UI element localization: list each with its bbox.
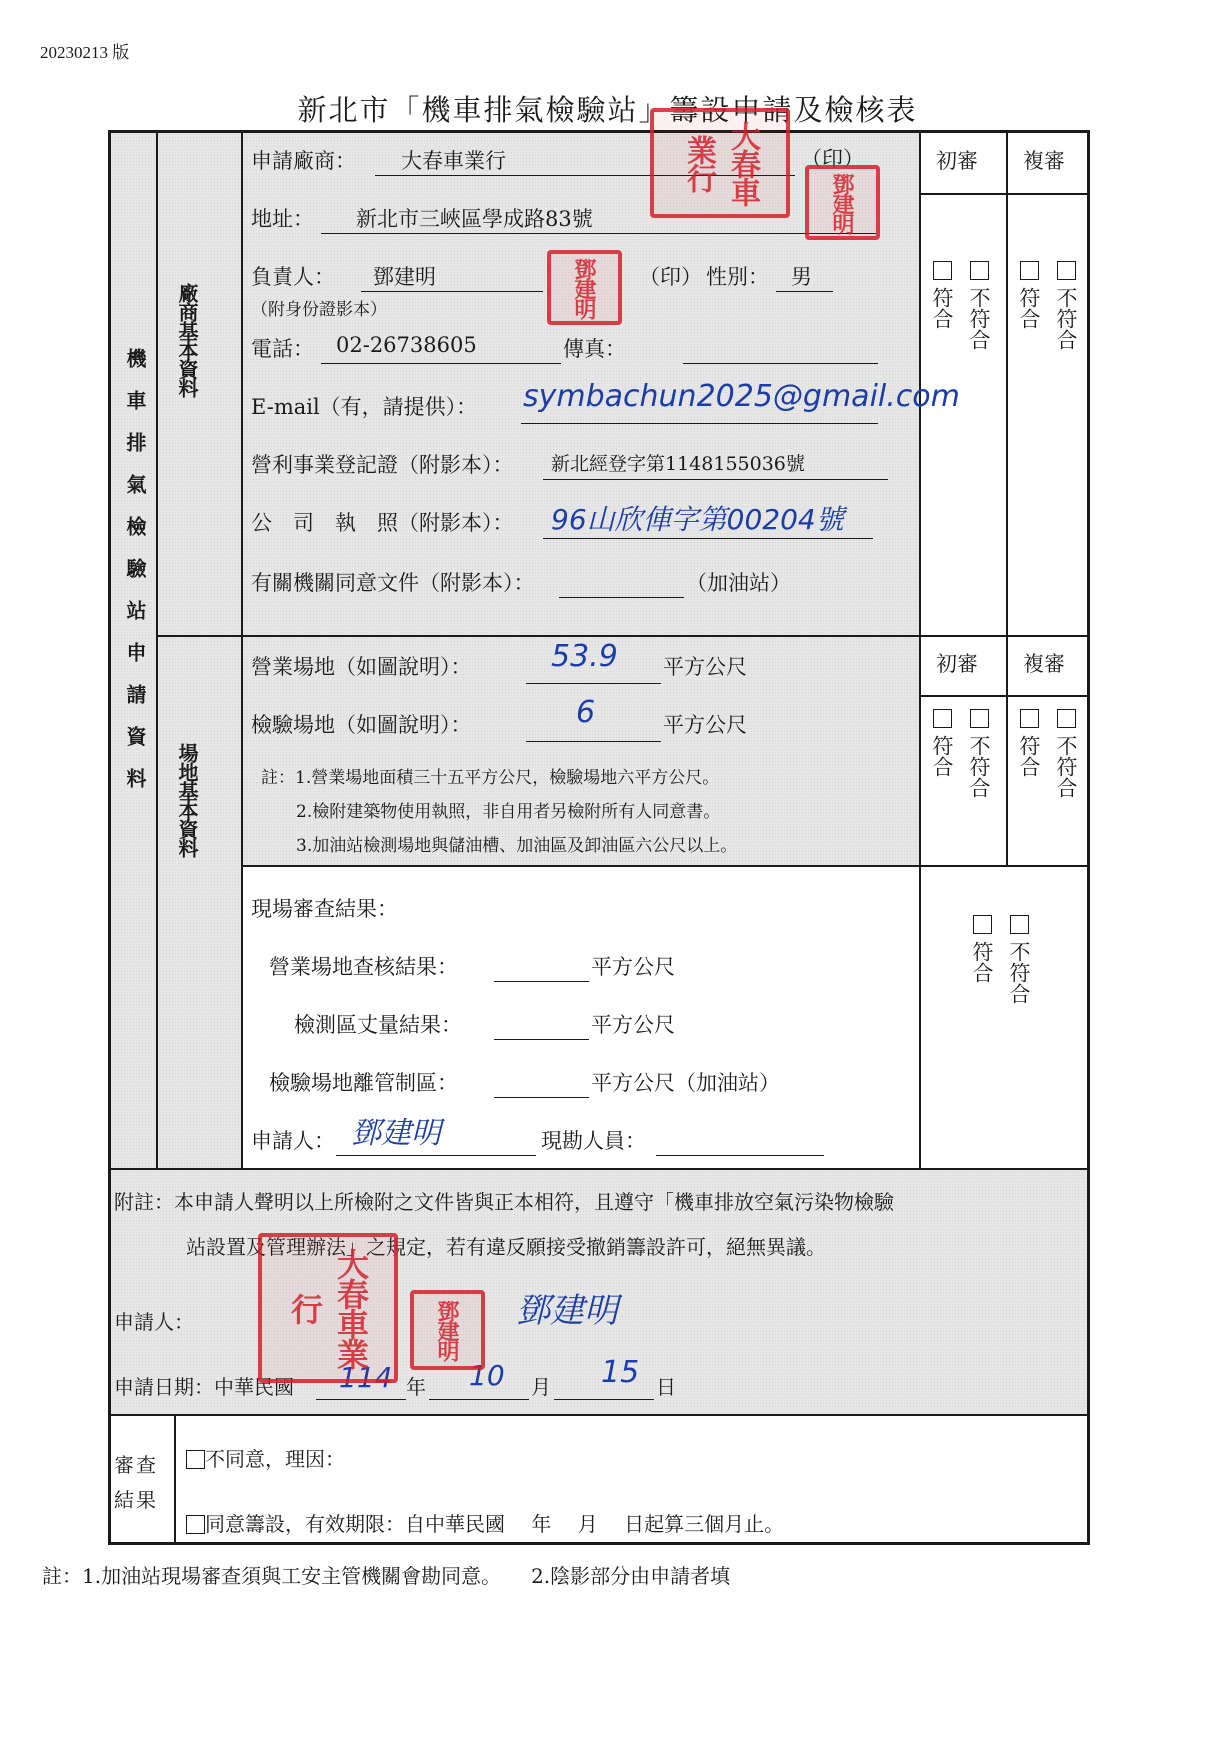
business-reg-value: 新北經登字第1148155036號 bbox=[551, 449, 805, 476]
onsite-business-field[interactable] bbox=[494, 981, 589, 982]
onsite-applicant-signature: 鄧建明 bbox=[351, 1108, 441, 1152]
business-reg-field[interactable] bbox=[543, 479, 888, 480]
form-table: 機車排氣檢驗站申請資料 廠商基本資料 場地基本資料 申請廠商： 大春車業行 （印… bbox=[108, 130, 1090, 1545]
onsite-distance-field[interactable] bbox=[494, 1097, 589, 1098]
onsite-business-label: 營業場地查核結果： bbox=[269, 951, 458, 981]
initial-conform-checkbox-2[interactable]: 符合 bbox=[929, 709, 955, 777]
declaration-line-1: 附註：本申請人聲明以上所檢附之文件皆與正本相符，且遵守「機車排放空氣污染物檢驗 bbox=[114, 1186, 894, 1215]
site-note-1: 註：1.營業場地面積三十五平方公尺，檢驗場地六平方公尺。 bbox=[261, 763, 719, 788]
onsite-distance-unit: 平方公尺（加油站） bbox=[591, 1067, 780, 1097]
disagree-checkbox[interactable] bbox=[186, 1450, 205, 1469]
onsite-measure-label: 檢測區丈量結果： bbox=[294, 1009, 462, 1039]
owner-seal-note: （印） bbox=[639, 261, 702, 291]
version-label: 20230213 版 bbox=[40, 38, 129, 63]
company-seal-stamp-bottom: 大春車業行 bbox=[258, 1233, 398, 1383]
applicant-vendor-value: 大春車業行 bbox=[401, 145, 506, 175]
review-second-header-2: 複審 bbox=[1023, 648, 1065, 678]
personal-seal-stamp-bottom: 鄧建明 bbox=[410, 1290, 485, 1370]
applicant-vendor-label: 申請廠商： bbox=[251, 145, 356, 175]
address-field[interactable] bbox=[321, 233, 876, 234]
fax-field[interactable] bbox=[683, 363, 878, 364]
initial-nonconform-checkbox-2[interactable]: 不符合 bbox=[966, 709, 992, 798]
email-label: E-mail（有，請提供）： bbox=[251, 391, 477, 421]
phone-value: 02-26738605 bbox=[336, 333, 477, 357]
result-disagree-option[interactable]: 不同意，理因： bbox=[186, 1443, 345, 1472]
date-day-field[interactable] bbox=[554, 1399, 654, 1400]
owner-value: 鄧建明 bbox=[373, 261, 436, 291]
initial-conform-checkbox-1[interactable]: 符合 bbox=[929, 261, 955, 329]
inspection-area-unit: 平方公尺 bbox=[663, 709, 747, 739]
side-label-vendor: 廠商基本資料 bbox=[173, 283, 202, 397]
date-year-field[interactable] bbox=[316, 1399, 406, 1400]
site-note-2: 2.檢附建築物使用執照，非自用者另檢附所有人同意書。 bbox=[296, 797, 720, 822]
date-day-value: 15 bbox=[601, 1355, 639, 1390]
business-area-label: 營業場地（如圖說明）： bbox=[251, 651, 472, 681]
agency-consent-label: 有關機關同意文件（附影本）： bbox=[251, 567, 535, 597]
address-value: 新北市三峽區學成路83號 bbox=[356, 203, 593, 233]
date-year-label: 年 bbox=[406, 1371, 426, 1400]
second-nonconform-checkbox-1[interactable]: 不符合 bbox=[1053, 261, 1079, 350]
phone-label: 電話： bbox=[251, 333, 314, 363]
agency-consent-suffix: （加油站） bbox=[686, 567, 791, 597]
side-label-main: 機車排氣檢驗站申請資料 bbox=[121, 348, 150, 810]
date-day-label: 日 bbox=[656, 1371, 676, 1400]
second-conform-checkbox-1[interactable]: 符合 bbox=[1016, 261, 1042, 329]
personal-seal-stamp-top: 鄧建明 bbox=[805, 165, 880, 240]
result-side-label-1: 審查 bbox=[114, 1449, 158, 1478]
business-reg-label: 營利事業登記證（附影本）： bbox=[251, 449, 514, 479]
company-license-label: 公 司 執 照（附影本）： bbox=[251, 507, 514, 537]
inspection-area-label: 檢驗場地（如圖說明）： bbox=[251, 709, 472, 739]
owner-label: 負責人： bbox=[251, 261, 335, 291]
business-area-value: 53.9 bbox=[551, 639, 618, 674]
inspection-area-value: 6 bbox=[576, 695, 595, 730]
company-seal-stamp-top: 大春車業行 bbox=[650, 108, 790, 218]
site-note-3: 3.加油站檢測場地與儲油槽、加油區及卸油區六公尺以上。 bbox=[296, 831, 737, 856]
inspector-field[interactable] bbox=[656, 1155, 824, 1156]
onsite-applicant-label: 申請人： bbox=[251, 1125, 335, 1155]
owner-field[interactable] bbox=[361, 291, 543, 292]
agency-consent-field[interactable] bbox=[559, 597, 684, 598]
company-license-value: 96山欣俥字第00204號 bbox=[551, 498, 844, 538]
phone-field[interactable] bbox=[321, 363, 561, 364]
onsite-distance-label: 檢驗場地離管制區： bbox=[269, 1067, 458, 1097]
declaration-applicant-label: 申請人： bbox=[114, 1306, 194, 1335]
email-value: symbachun2025@gmail.com bbox=[523, 379, 960, 414]
gender-field[interactable] bbox=[776, 291, 833, 292]
company-license-field[interactable] bbox=[543, 538, 873, 539]
second-conform-checkbox-2[interactable]: 符合 bbox=[1016, 709, 1042, 777]
result-agree-option[interactable]: 同意籌設，有效期限：自中華民國 年 月 日起算三個月止。 bbox=[186, 1508, 784, 1537]
business-area-field[interactable] bbox=[526, 683, 661, 684]
business-area-unit: 平方公尺 bbox=[663, 651, 747, 681]
personal-seal-stamp-owner: 鄧建明 bbox=[547, 250, 622, 325]
onsite-conform-checkbox[interactable]: 符合 bbox=[969, 915, 995, 983]
date-month-field[interactable] bbox=[429, 1399, 529, 1400]
onsite-business-unit: 平方公尺 bbox=[591, 951, 675, 981]
review-second-header-1: 複審 bbox=[1023, 145, 1065, 175]
footer-note: 註：1.加油站現場審查須與工安主管機關會勘同意。 2.陰影部分由申請者填 bbox=[42, 1560, 730, 1589]
address-label: 地址： bbox=[251, 203, 314, 233]
review-initial-header-2: 初審 bbox=[936, 648, 978, 678]
onsite-measure-unit: 平方公尺 bbox=[591, 1009, 675, 1039]
review-initial-header-1: 初審 bbox=[936, 145, 978, 175]
onsite-nonconform-checkbox[interactable]: 不符合 bbox=[1006, 915, 1032, 1004]
onsite-title: 現場審查結果： bbox=[251, 893, 398, 923]
fax-label: 傳真： bbox=[563, 333, 626, 363]
date-month-label: 月 bbox=[531, 1371, 551, 1400]
gender-value: 男 bbox=[791, 261, 812, 291]
declaration-applicant-signature: 鄧建明 bbox=[516, 1283, 618, 1332]
inspection-area-field[interactable] bbox=[526, 741, 661, 742]
gender-label: 性別： bbox=[706, 261, 769, 291]
onsite-applicant-field[interactable] bbox=[336, 1155, 536, 1156]
side-label-site: 場地基本資料 bbox=[173, 743, 202, 857]
onsite-measure-field[interactable] bbox=[494, 1039, 589, 1040]
email-field[interactable] bbox=[521, 423, 878, 424]
page-title: 新北市「機車排氣檢驗站」籌設申請及檢核表 bbox=[0, 88, 1215, 129]
id-note: （附身份證影本） bbox=[251, 295, 387, 320]
result-side-label-2: 結果 bbox=[114, 1484, 158, 1513]
initial-nonconform-checkbox-1[interactable]: 不符合 bbox=[966, 261, 992, 350]
inspector-label: 現勘人員： bbox=[541, 1125, 646, 1155]
agree-checkbox[interactable] bbox=[186, 1515, 205, 1534]
second-nonconform-checkbox-2[interactable]: 不符合 bbox=[1053, 709, 1079, 798]
